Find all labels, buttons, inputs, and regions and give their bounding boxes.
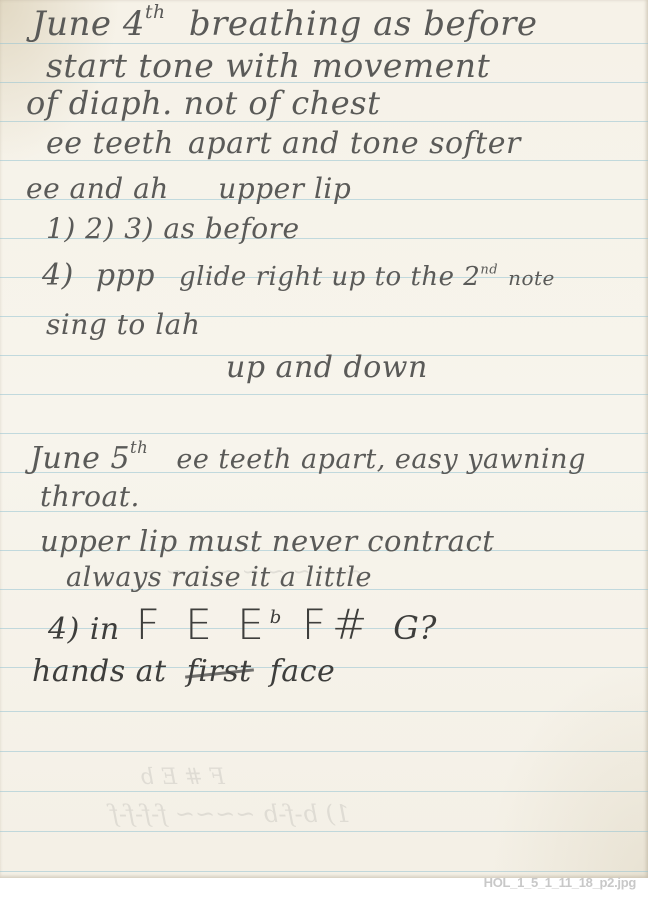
entry-line-14: 4) in F E Eb F# G? — [48, 600, 437, 649]
entry-line-7: 4) ppp glide right up to the 2nd note — [42, 258, 555, 293]
entry-line-9: up and down — [226, 350, 428, 385]
entry-line-6: 1) 2) 3) as before — [46, 212, 300, 245]
entry-date: June 5 — [30, 441, 130, 476]
entry-line-2: start tone with movement — [46, 46, 490, 85]
bleed-through-text: F # E b — [140, 765, 225, 790]
entry-line-13: always raise it a little — [66, 562, 372, 593]
entry-line-12: upper lip must never contract — [40, 524, 494, 558]
bleed-through-text: 1) b-f-b ~~~~ f-f-f-f — [110, 800, 350, 828]
ruled-line — [0, 791, 648, 792]
ruled-line — [0, 711, 648, 712]
entry-line-15: hands at first face — [32, 654, 335, 689]
entry-line-8: sing to lah — [46, 308, 200, 341]
ruled-line — [0, 433, 648, 434]
entry-line-3: of diaph. not of chest — [26, 84, 380, 122]
entry-line-5: ee and ah upper lip — [26, 172, 351, 205]
entry-line-1: June 4th breathing as before — [32, 2, 538, 44]
ruled-line — [0, 831, 648, 832]
entry-line-11: throat. — [40, 480, 140, 513]
filename-caption: HOL_1_5_1_11_18_p2.jpg — [484, 875, 636, 890]
ruled-line — [0, 871, 648, 872]
entry-date: June 4 — [32, 4, 145, 44]
notebook-page: ~ ~ ~ ~ ~ ~ ~ ~ ~ 1) b-f-b ~~~~ f-f-f-f … — [0, 0, 648, 878]
note-sequence: F E E — [136, 600, 270, 649]
ruled-line — [0, 751, 648, 752]
ruled-line — [0, 394, 648, 395]
struck-through-word: first — [187, 654, 252, 689]
entry-line-4: ee teeth apart and tone softer — [46, 126, 521, 161]
entry-line-10: June 5th ee teeth apart, easy yawning — [30, 438, 586, 476]
